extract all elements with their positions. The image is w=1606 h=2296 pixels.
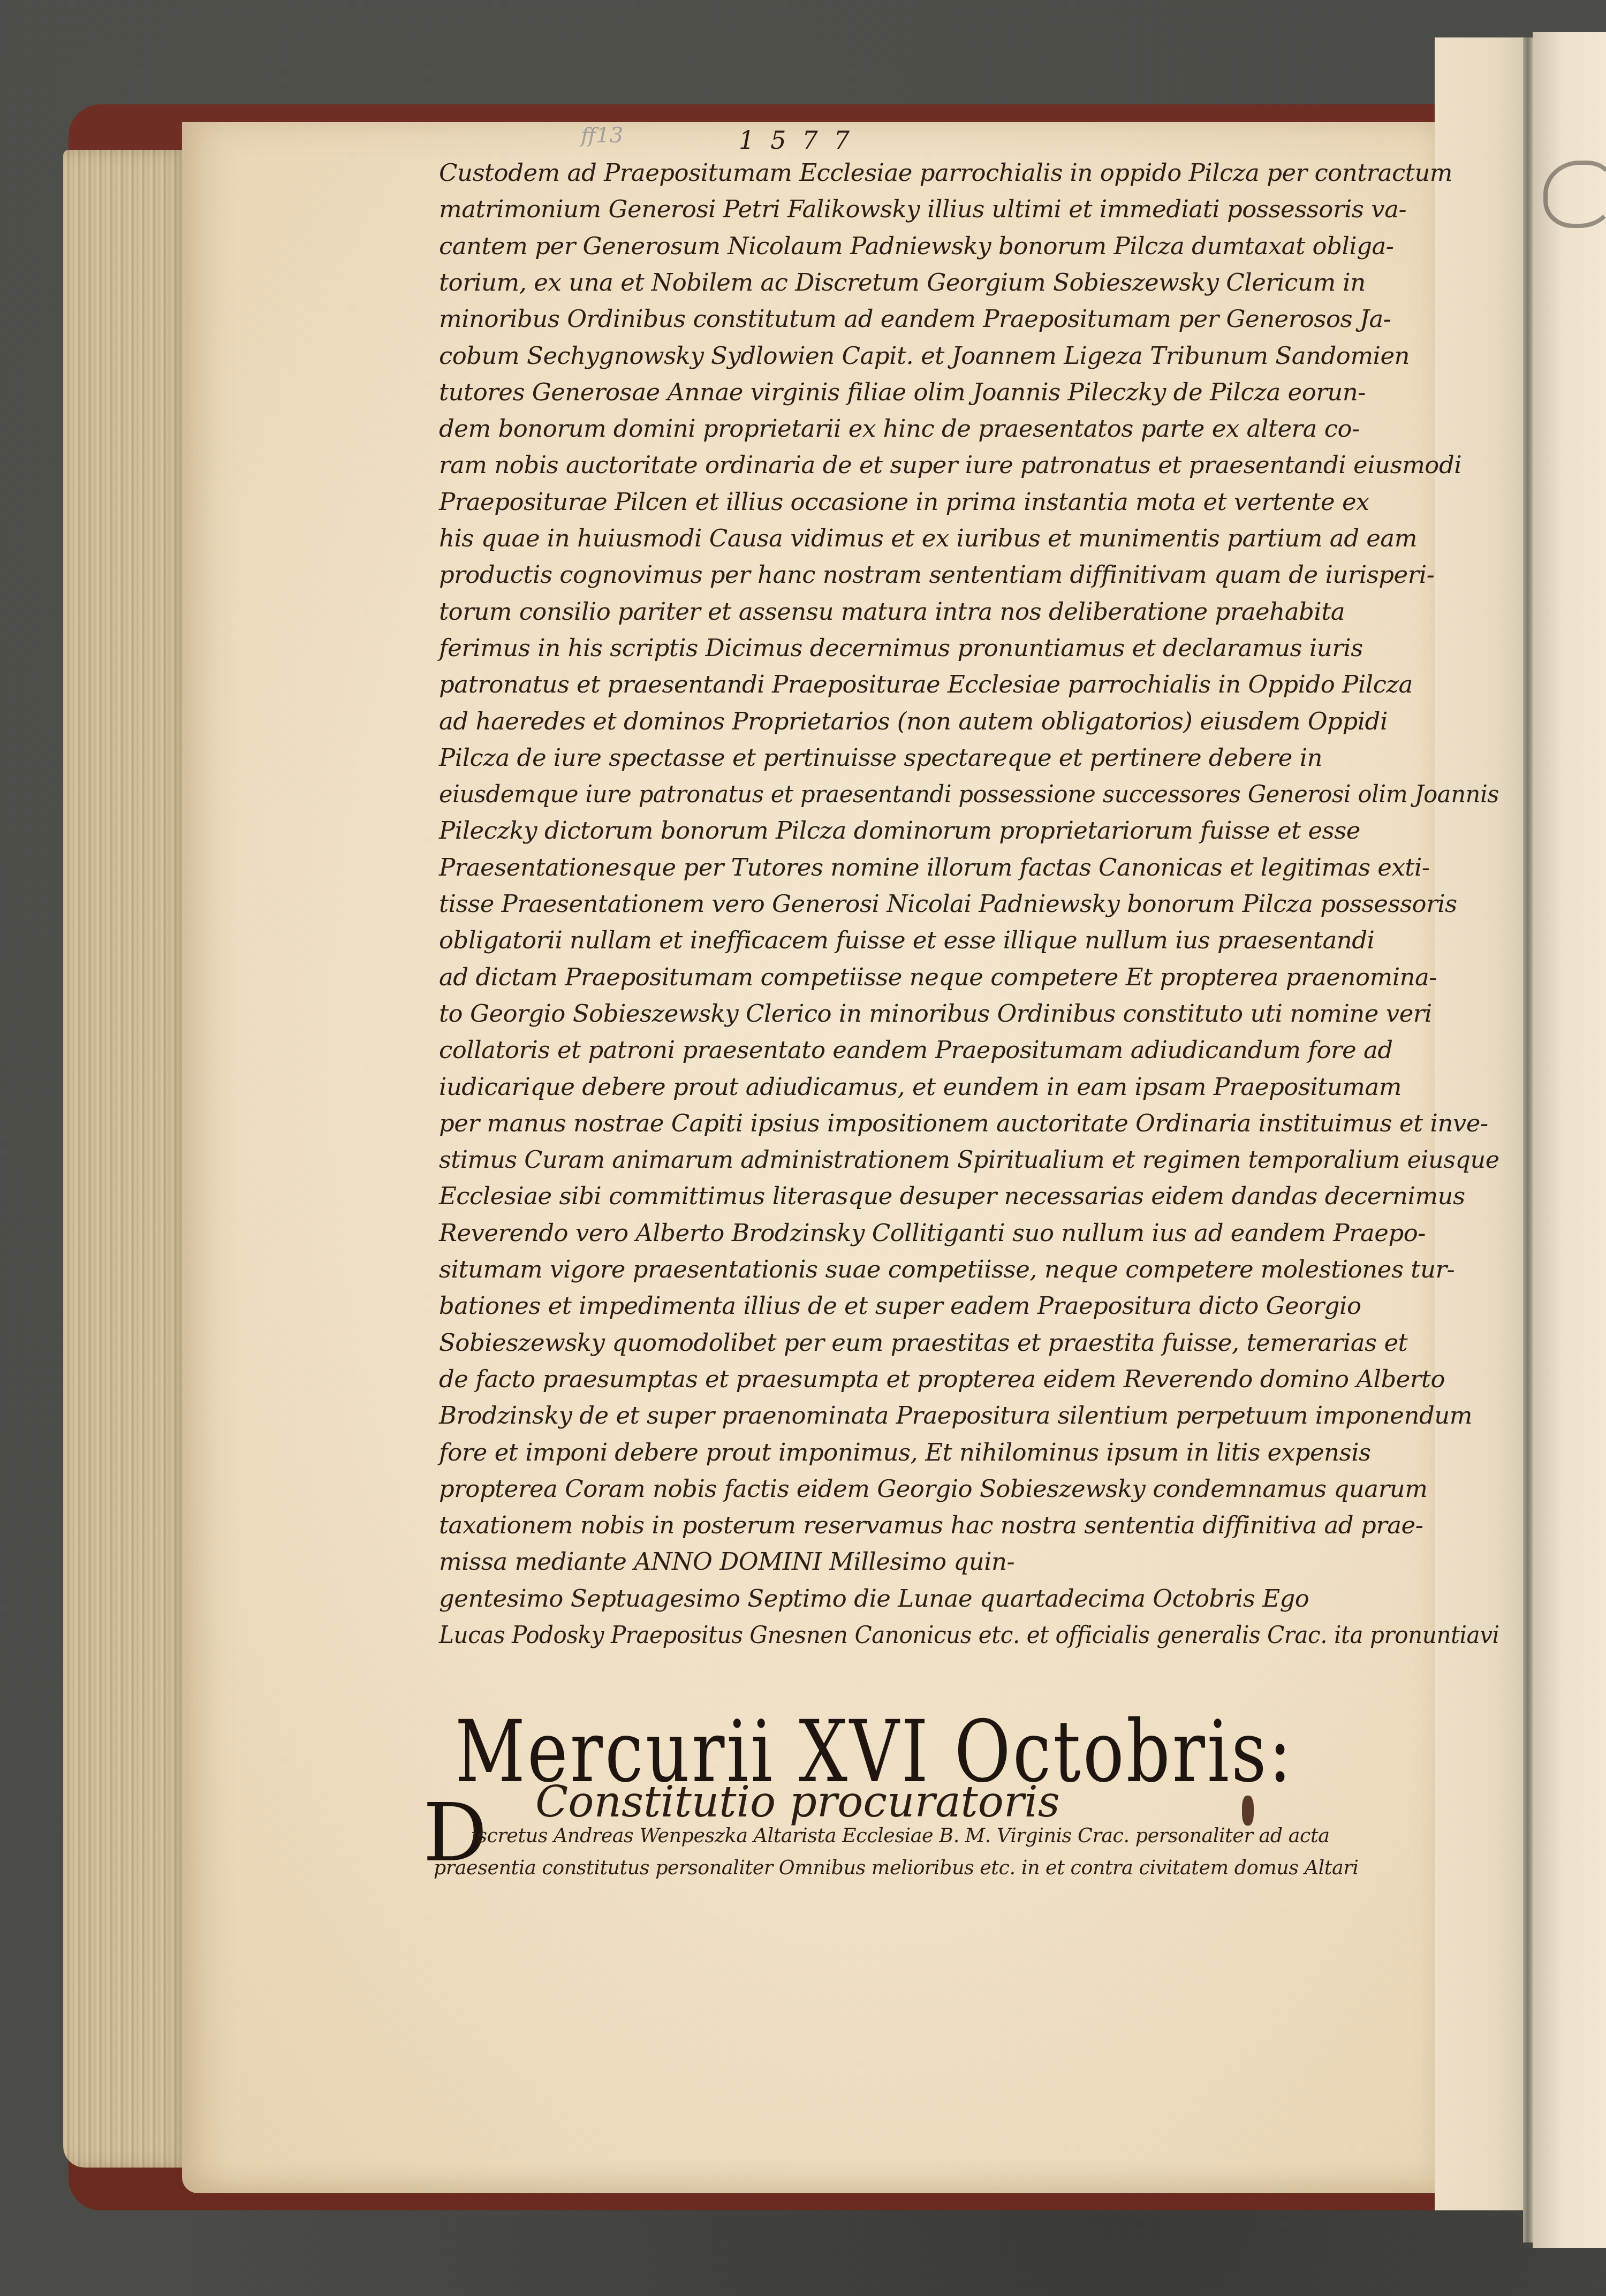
manuscript-line: obligatorii nullam et inefficacem fuisse… (439, 928, 1499, 952)
manuscript-line: eiusdemque iure patronatus et praesentan… (439, 782, 1458, 806)
manuscript-line: collatoris et patroni praesentato eandem… (439, 1038, 1499, 1062)
manuscript-line: per manus nostrae Capiti ipsius impositi… (439, 1111, 1499, 1135)
manuscript-line: minoribus Ordinibus constitutum ad eande… (439, 307, 1499, 331)
manuscript-line: iudicarique debere prout adiudicamus, et… (439, 1075, 1499, 1099)
manuscript-line: gentesimo Septuagesimo Septimo die Lunae… (439, 1586, 1499, 1610)
manuscript-line: bationes et impedimenta illius de et sup… (439, 1294, 1499, 1318)
manuscript-line: situmam vigore praesentationis suae comp… (439, 1257, 1499, 1281)
manuscript-line: propterea Coram nobis factis eidem Georg… (439, 1477, 1499, 1501)
manuscript-line: stimus Curam animarum administrationem S… (439, 1147, 1487, 1172)
ink-blot (1242, 1796, 1254, 1826)
manuscript-line: Brodzinsky de et super praenominata Prae… (439, 1403, 1499, 1427)
facing-page-edge (1533, 32, 1606, 2248)
manuscript-line: ram nobis auctoritate ordinaria de et su… (439, 453, 1499, 477)
manuscript-line: torium, ex una et Nobilem ac Discretum G… (439, 270, 1499, 294)
section-subheading: Constitutio procuratoris (535, 1777, 1060, 1827)
manuscript-line: tutores Generosae Annae virginis filiae … (439, 380, 1499, 404)
manuscript-line: matrimonium Generosi Petri Falikowsky il… (439, 197, 1499, 221)
manuscript-line: Reverendo vero Alberto Brodzinsky Collit… (439, 1221, 1499, 1245)
manuscript-line: Lucas Podosky Praepositus Gnesnen Canoni… (439, 1623, 1431, 1647)
manuscript-line: productis cognovimus per hanc nostram se… (439, 562, 1499, 587)
manuscript-line: Pilcza de iure spectasse et pertinuisse … (439, 746, 1499, 770)
manuscript-line: torum consilio pariter et assensu matura… (439, 599, 1499, 624)
manuscript-line: his quae in huiusmodi Causa vidimus et e… (439, 526, 1499, 550)
page-fore-edge (63, 150, 192, 2168)
manuscript-line: Ecclesiae sibi committimus literasque de… (439, 1184, 1499, 1208)
entry-line: iscretus Andreas Wenpeszka Altarista Ecc… (471, 1825, 1489, 1845)
manuscript-line: cantem per Generosum Nicolaum Padniewsky… (439, 234, 1499, 258)
manuscript-line: dem bonorum domini proprietarii ex hinc … (439, 416, 1499, 440)
manuscript-line: Sobieszewsky quomodolibet per eum praest… (439, 1331, 1499, 1355)
entry-line: praesentia constitutus personaliter Omni… (434, 1857, 1451, 1877)
manuscript-line: ferimus in his scriptis Dicimus decernim… (439, 636, 1499, 660)
manuscript-line: Praepositurae Pilcen et illius occasione… (439, 490, 1499, 514)
manuscript-line: ad dictam Praepositumam competiisse nequ… (439, 965, 1499, 989)
manuscript-line: ad haeredes et dominos Proprietarios (no… (439, 709, 1499, 733)
manuscript-line: missa mediante ANNO DOMINI Millesimo qui… (439, 1549, 1499, 1573)
manuscript-line: taxationem nobis in posterum reservamus … (439, 1513, 1499, 1537)
folio-year: 1577 (739, 126, 866, 155)
manuscript-line: Praesentationesque per Tutores nomine il… (439, 855, 1499, 879)
manuscript-line: fore et imponi debere prout imponimus, E… (439, 1440, 1499, 1464)
manuscript-line: Custodem ad Praepositumam Ecclesiae parr… (439, 161, 1499, 185)
manuscript-line: de facto praesumptas et praesumpta et pr… (439, 1367, 1499, 1391)
manuscript-line: cobum Sechygnowsky Sydlowien Capit. et J… (439, 344, 1499, 368)
folio-number: ff13 (581, 123, 623, 148)
manuscript-line: to Georgio Sobieszewsky Clerico in minor… (439, 1001, 1499, 1025)
bleedthrough-flourish (1543, 161, 1606, 228)
manuscript-line: Pileczky dictorum bonorum Pilcza dominor… (439, 818, 1499, 842)
manuscript-line: patronatus et praesentandi Praepositurae… (439, 672, 1499, 696)
manuscript-line: tisse Praesentationem vero Generosi Nico… (439, 892, 1499, 916)
book-gutter (1523, 37, 1533, 2242)
